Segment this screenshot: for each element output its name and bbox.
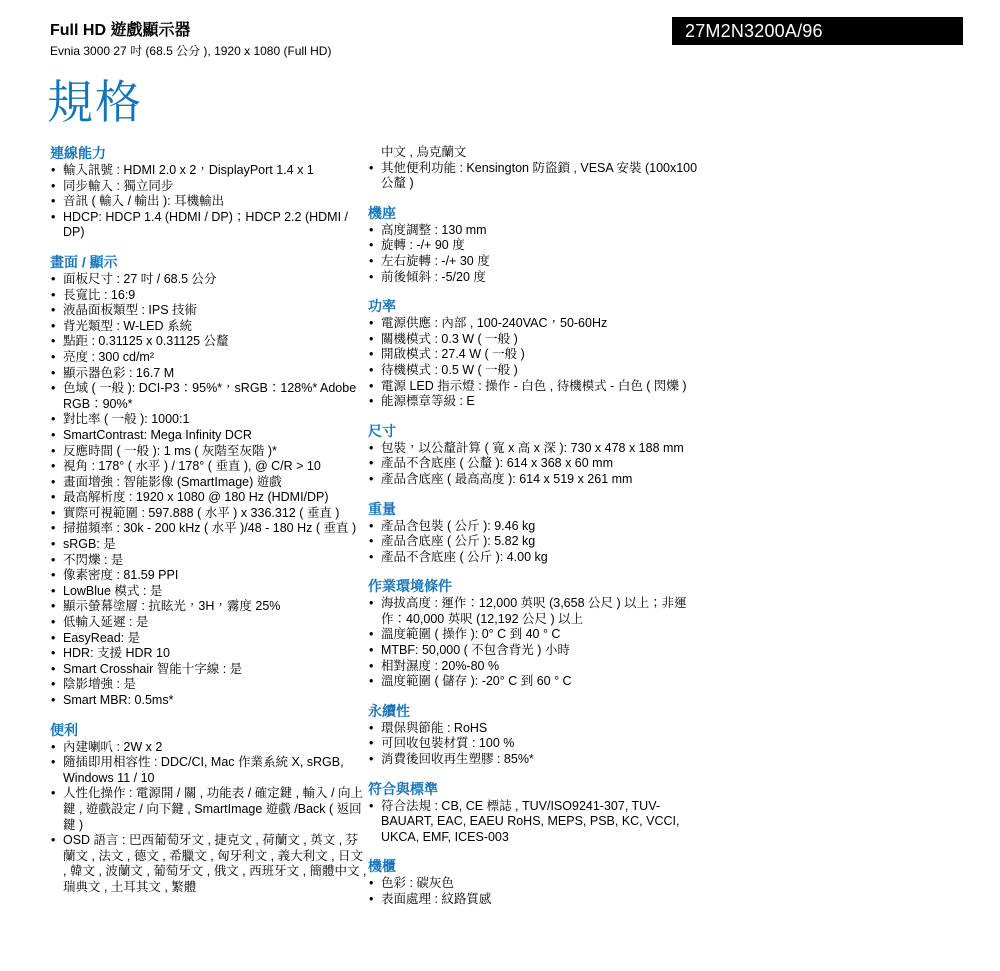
spec-item: 背光類型 : W-LED 系統 [50,319,368,335]
spec-item: 畫面增強 : 智能影像 (SmartImage) 遊戲 [50,475,368,491]
spec-item: 關機模式 : 0.3 W ( 一般 ) [368,332,710,348]
spec-item: 最高解析度 : 1920 x 1080 @ 180 Hz (HDMI/DP) [50,490,368,506]
spec-item: 掃描頻率 : 30k - 200 kHz ( 水平 )/48 - 180 Hz … [50,521,368,537]
spec-item: 符合法規 : CB, CE 標誌 , TUV/ISO9241-307, TUV-… [368,799,710,846]
section-heading: 符合與標準 [368,781,710,797]
spec-item: 產品不含底座 ( 公釐 ): 614 x 368 x 60 mm [368,456,710,472]
spec-item: 點距 : 0.31125 x 0.31125 公釐 [50,334,368,350]
spec-item: 產品含底座 ( 公斤 ): 5.82 kg [368,534,710,550]
section-heading: 作業環境條件 [368,578,710,594]
spec-item: 不閃爍 : 是 [50,553,368,569]
spec-item: 產品不含底座 ( 公斤 ): 4.00 kg [368,550,710,566]
spec-item: 產品含底座 ( 最高高度 ): 614 x 519 x 261 mm [368,472,710,488]
spec-column-right: 中文 , 烏克蘭文其他便利功能 : Kensington 防盜鎖 , VESA … [368,145,710,908]
spec-item: 面板尺寸 : 27 吋 / 68.5 公分 [50,272,368,288]
spec-item: 顯示器色彩 : 16.7 M [50,366,368,382]
spec-item: 海拔高度 : 運作：12,000 英呎 (3,658 公尺 ) 以上；非運作：4… [368,596,710,627]
spec-item: 產品含包裝 ( 公斤 ): 9.46 kg [368,519,710,535]
spec-list: 高度調整 : 130 mm旋轉 : -/+ 90 度左右旋轉 : -/+ 30 … [368,223,710,285]
spec-item: 包裝，以公釐計算 ( 寬 x 高 x 深 ): 730 x 478 x 188 … [368,441,710,457]
spec-item: LowBlue 模式 : 是 [50,584,368,600]
spec-section: 功率電源供應 : 內部 , 100-240VAC，50-60Hz關機模式 : 0… [368,298,710,410]
spec-section: 機櫃色彩 : 碳灰色表面處理 : 紋路質感 [368,858,710,907]
spec-item: 溫度範圍 ( 操作 ): 0° C 到 40 ° C [368,627,710,643]
spec-list: 內建喇叭 : 2W x 2隨插即用相容性 : DDC/CI, Mac 作業系統 … [50,740,368,896]
spec-item: Smart Crosshair 智能十字線 : 是 [50,662,368,678]
spec-item: 實際可視範圍 : 597.888 ( 水平 ) x 336.312 ( 垂直 ) [50,506,368,522]
spec-item: 表面處理 : 紋路質感 [368,892,710,908]
spec-item: 人性化操作 : 電源開 / 關 , 功能表 / 確定鍵 , 輸入 / 向上鍵 ,… [50,786,368,833]
spec-list: 包裝，以公釐計算 ( 寬 x 高 x 深 ): 730 x 478 x 188 … [368,441,710,488]
product-title: Full HD 遊戲顯示器 [50,21,331,41]
spec-item: 視角 : 178° ( 水平 ) / 178° ( 垂直 ), @ C/R > … [50,459,368,475]
section-heading: 重量 [368,501,710,517]
spec-item: 環保與節能 : RoHS [368,721,710,737]
spec-section: 重量產品含包裝 ( 公斤 ): 9.46 kg產品含底座 ( 公斤 ): 5.8… [368,501,710,566]
spec-item: 左右旋轉 : -/+ 30 度 [368,254,710,270]
spec-section: 符合與標準符合法規 : CB, CE 標誌 , TUV/ISO9241-307,… [368,781,710,846]
section-heading: 機櫃 [368,858,710,874]
spec-item: 其他便利功能 : Kensington 防盜鎖 , VESA 安裝 (100x1… [368,161,710,192]
spec-item: 消費後回收再生塑膠 : 85%* [368,752,710,768]
spec-item: 旋轉 : -/+ 90 度 [368,238,710,254]
spec-item: 反應時間 ( 一般 ): 1 ms ( 灰階至灰階 )* [50,444,368,460]
spec-section: 連線能力輸入訊號 : HDMI 2.0 x 2，DisplayPort 1.4 … [50,145,368,241]
spec-item: EasyRead: 是 [50,631,368,647]
section-heading: 機座 [368,205,710,221]
spec-item: 中文 , 烏克蘭文 [368,145,710,161]
spec-section: 作業環境條件海拔高度 : 運作：12,000 英呎 (3,658 公尺 ) 以上… [368,578,710,690]
spec-item: 顯示螢幕塗層 : 抗眩光，3H，霧度 25% [50,599,368,615]
spec-section: 中文 , 烏克蘭文其他便利功能 : Kensington 防盜鎖 , VESA … [368,145,710,192]
spec-list: 色彩 : 碳灰色表面處理 : 紋路質感 [368,876,710,907]
spec-item: 可回收包裝材質 : 100 % [368,736,710,752]
spec-section: 永續性環保與節能 : RoHS可回收包裝材質 : 100 %消費後回收再生塑膠 … [368,703,710,768]
spec-item: 電源 LED 指示燈 : 操作 - 白色 , 待機模式 - 白色 ( 閃爍 ) [368,379,710,395]
spec-item: OSD 語言 : 巴西葡萄牙文 , 捷克文 , 荷蘭文 , 英文 , 芬蘭文 ,… [50,833,368,895]
spec-section: 畫面 / 顯示面板尺寸 : 27 吋 / 68.5 公分長寬比 : 16:9液晶… [50,254,368,709]
spec-column-left: 連線能力輸入訊號 : HDMI 2.0 x 2，DisplayPort 1.4 … [50,145,368,908]
spec-list: 電源供應 : 內部 , 100-240VAC，50-60Hz關機模式 : 0.3… [368,316,710,410]
page-header: Full HD 遊戲顯示器 Evnia 3000 27 吋 (68.5 公分 )… [50,21,331,59]
section-heading: 便利 [50,722,368,738]
spec-item: 前後傾斜 : -5/20 度 [368,270,710,286]
spec-section: 便利內建喇叭 : 2W x 2隨插即用相容性 : DDC/CI, Mac 作業系… [50,722,368,896]
spec-sheet-page: { "header": { "title": "Full HD 遊戲顯示器", … [0,0,1000,971]
spec-item: 對比率 ( 一般 ): 1000:1 [50,412,368,428]
spec-item: 相對濕度 : 20%-80 % [368,659,710,675]
spec-item: 陰影增強 : 是 [50,677,368,693]
section-heading: 畫面 / 顯示 [50,254,368,270]
spec-item: 同步輸入 : 獨立同步 [50,179,368,195]
spec-list: 產品含包裝 ( 公斤 ): 9.46 kg產品含底座 ( 公斤 ): 5.82 … [368,519,710,566]
section-heading: 永續性 [368,703,710,719]
specs-page-heading: 規格 [47,76,143,128]
spec-list: 環保與節能 : RoHS可回收包裝材質 : 100 %消費後回收再生塑膠 : 8… [368,721,710,768]
spec-list: 輸入訊號 : HDMI 2.0 x 2，DisplayPort 1.4 x 1同… [50,163,368,241]
spec-item: 色彩 : 碳灰色 [368,876,710,892]
spec-item: 電源供應 : 內部 , 100-240VAC，50-60Hz [368,316,710,332]
spec-item: 待機模式 : 0.5 W ( 一般 ) [368,363,710,379]
spec-item: HDR: 支援 HDR 10 [50,646,368,662]
section-heading: 尺寸 [368,423,710,439]
spec-item: 音訊 ( 輸入 / 輸出 ): 耳機輸出 [50,194,368,210]
spec-section: 尺寸包裝，以公釐計算 ( 寬 x 高 x 深 ): 730 x 478 x 18… [368,423,710,488]
spec-item: 內建喇叭 : 2W x 2 [50,740,368,756]
spec-item: 輸入訊號 : HDMI 2.0 x 2，DisplayPort 1.4 x 1 [50,163,368,179]
spec-list: 中文 , 烏克蘭文其他便利功能 : Kensington 防盜鎖 , VESA … [368,145,710,192]
spec-list: 海拔高度 : 運作：12,000 英呎 (3,658 公尺 ) 以上；非運作：4… [368,596,710,690]
spec-item: 溫度範圍 ( 儲存 ): -20° C 到 60 ° C [368,674,710,690]
product-code-badge: 27M2N3200A/96 [672,17,963,45]
spec-item: 亮度 : 300 cd/m² [50,350,368,366]
spec-item: 像素密度 : 81.59 PPI [50,568,368,584]
spec-item: 長寬比 : 16:9 [50,288,368,304]
spec-content: 連線能力輸入訊號 : HDMI 2.0 x 2，DisplayPort 1.4 … [50,145,710,908]
spec-item: 開啟模式 : 27.4 W ( 一般 ) [368,347,710,363]
product-subtitle: Evnia 3000 27 吋 (68.5 公分 ), 1920 x 1080 … [50,44,331,59]
spec-item: HDCP: HDCP 1.4 (HDMI / DP)；HDCP 2.2 (HDM… [50,210,368,241]
spec-section: 機座高度調整 : 130 mm旋轉 : -/+ 90 度左右旋轉 : -/+ 3… [368,205,710,285]
spec-item: 液晶面板類型 : IPS 技術 [50,303,368,319]
spec-item: MTBF: 50,000 ( 不包含背光 ) 小時 [368,643,710,659]
spec-item: 低輸入延遲 : 是 [50,615,368,631]
spec-item: 能源標章等級 : E [368,394,710,410]
spec-list: 符合法規 : CB, CE 標誌 , TUV/ISO9241-307, TUV-… [368,799,710,846]
spec-item: SmartContrast: Mega Infinity DCR [50,428,368,444]
spec-item: Smart MBR: 0.5ms* [50,693,368,709]
spec-item: 色域 ( 一般 ): DCI-P3：95%*，sRGB：128%* Adobe … [50,381,368,412]
section-heading: 連線能力 [50,145,368,161]
section-heading: 功率 [368,298,710,314]
spec-list: 面板尺寸 : 27 吋 / 68.5 公分長寬比 : 16:9液晶面板類型 : … [50,272,368,709]
spec-item: sRGB: 是 [50,537,368,553]
spec-item: 隨插即用相容性 : DDC/CI, Mac 作業系統 X, sRGB, Wind… [50,755,368,786]
spec-item: 高度調整 : 130 mm [368,223,710,239]
